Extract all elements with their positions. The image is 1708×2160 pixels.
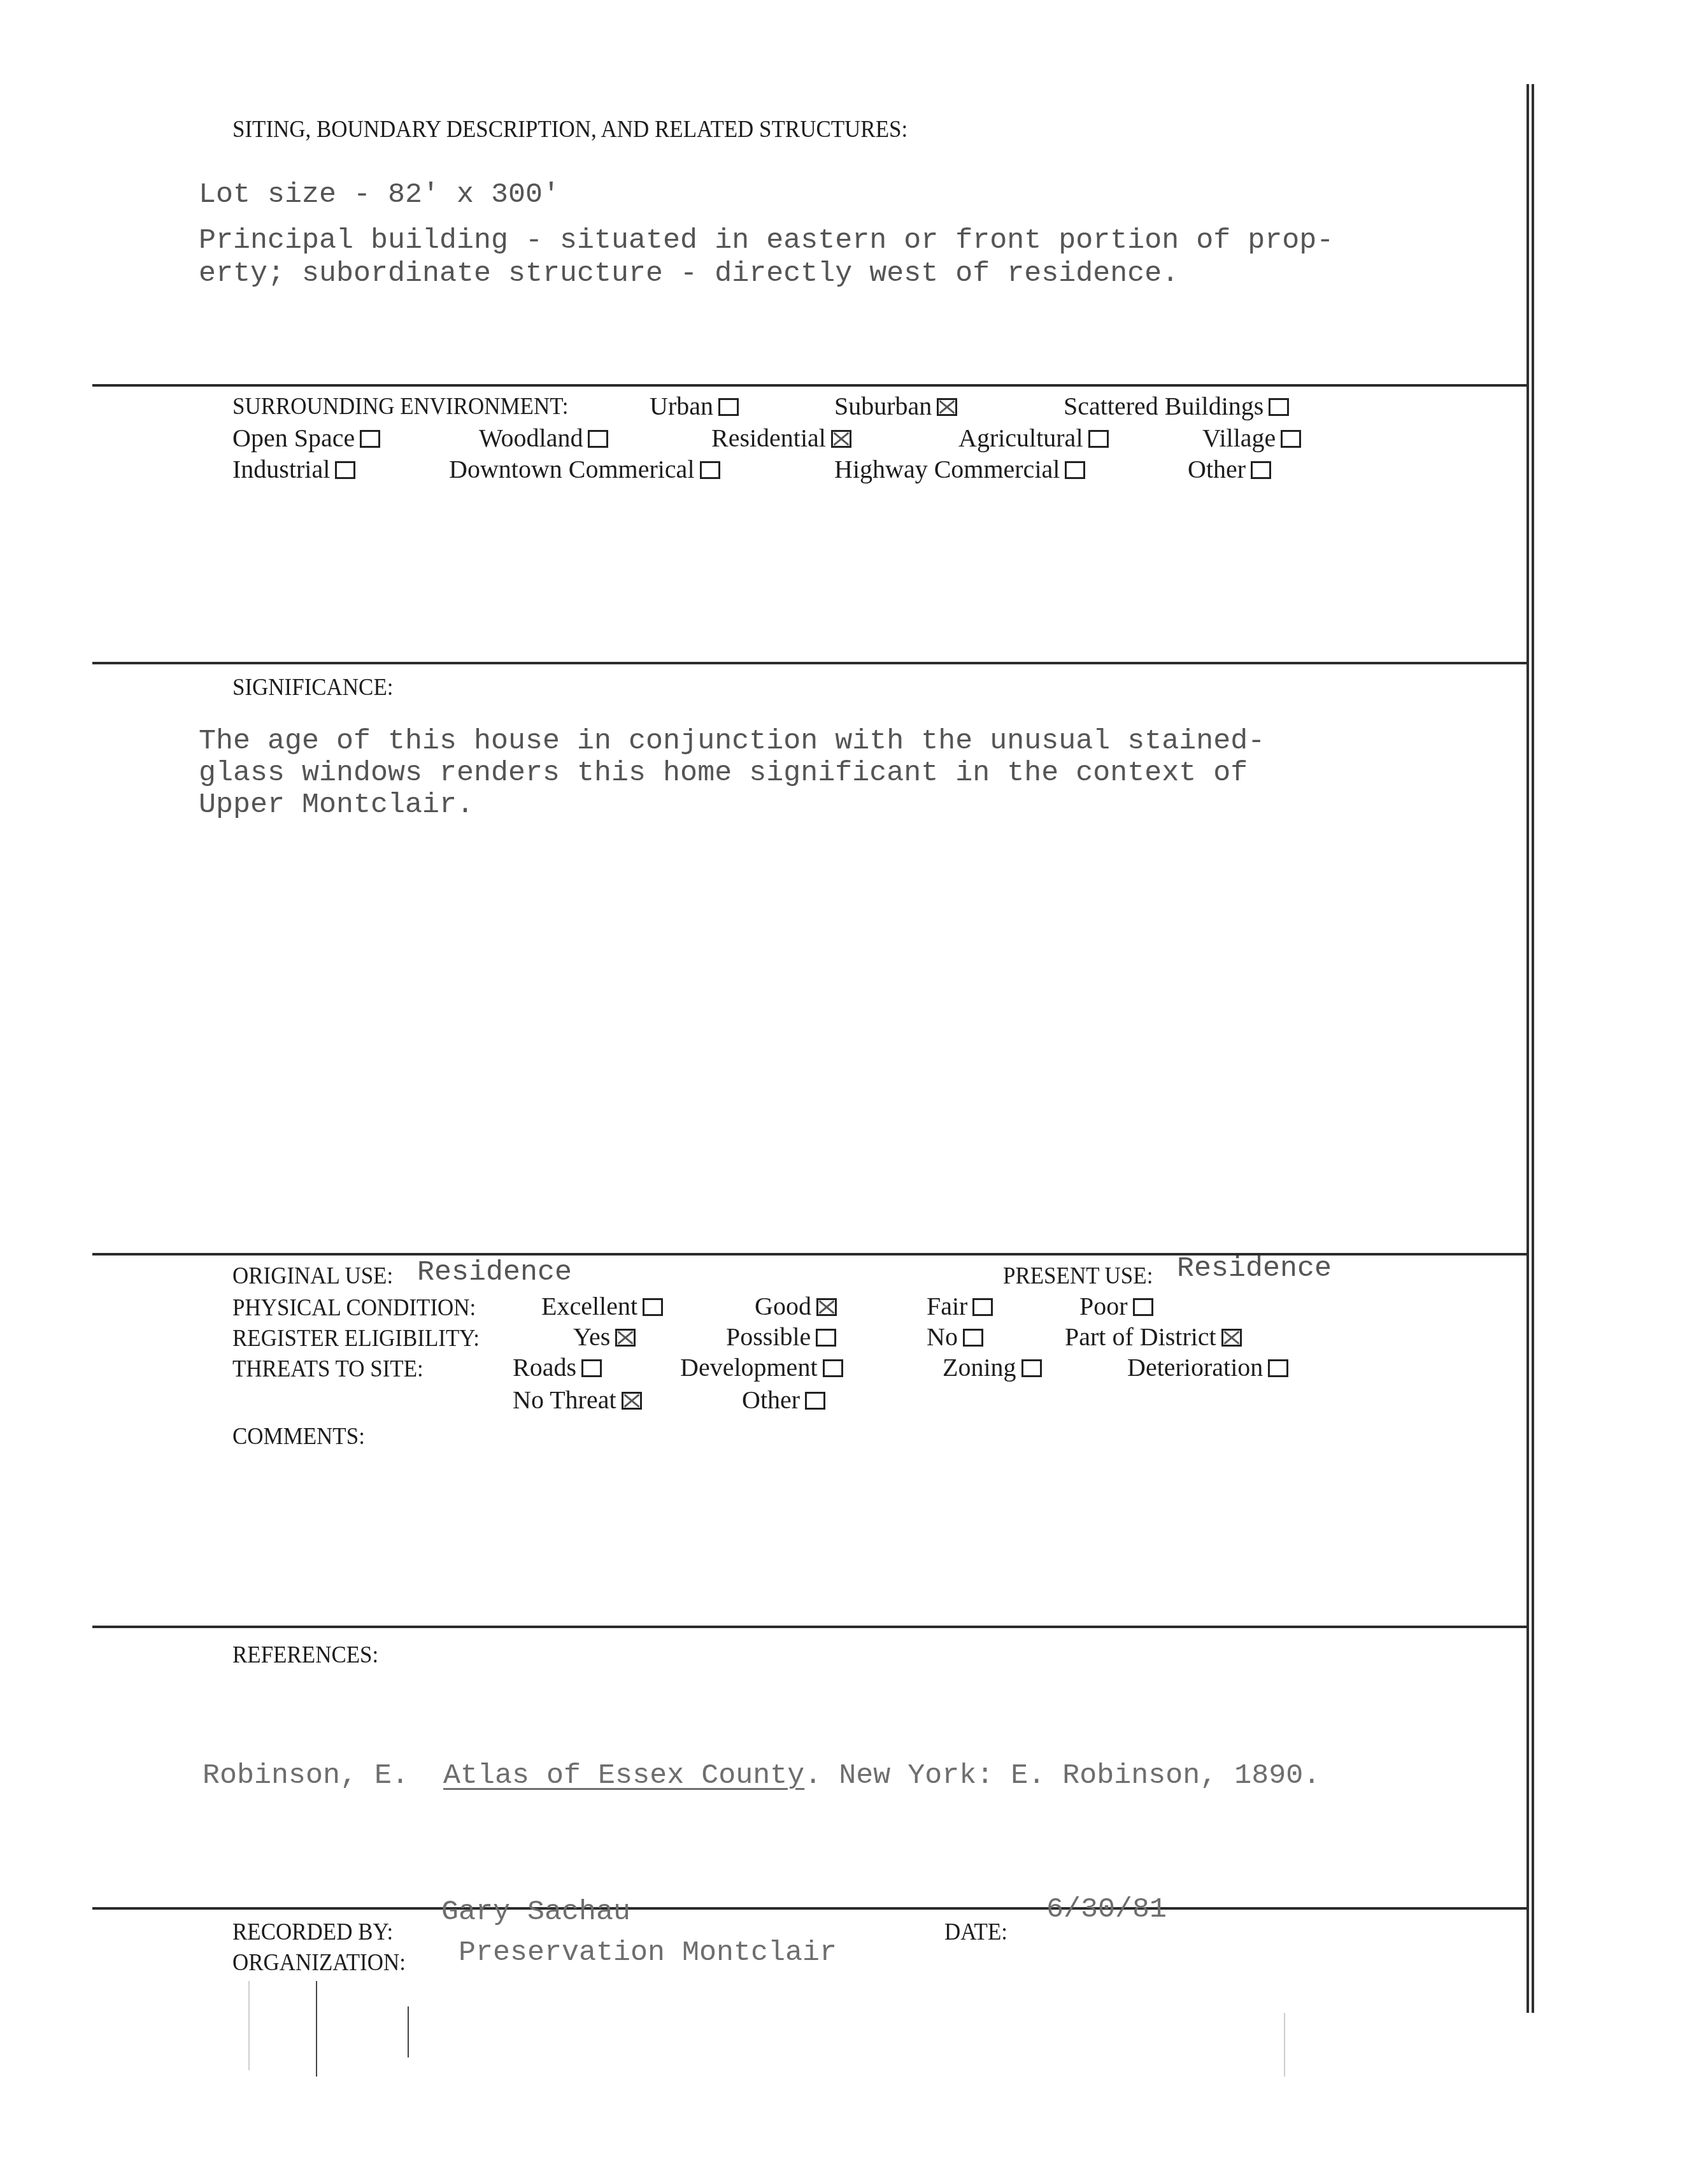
option-scattered-buildings[interactable]: Scattered Buildings [1064, 392, 1289, 421]
scan-mark [408, 2006, 409, 2057]
checkbox-no-threat-checked[interactable] [622, 1392, 642, 1410]
checkbox-urban[interactable] [718, 398, 739, 416]
date-label: DATE: [944, 1917, 1007, 1947]
option-industrial[interactable]: Industrial [232, 455, 355, 484]
checkbox-possible[interactable] [816, 1329, 836, 1347]
checkbox-scattered-buildings[interactable] [1269, 398, 1289, 416]
option-good[interactable]: Good [755, 1292, 837, 1321]
option-suburban[interactable]: Suburban [834, 392, 957, 421]
significance-line-3: Upper Montclair. [199, 789, 474, 822]
checkbox-other-environment[interactable] [1251, 461, 1271, 479]
checkbox-industrial[interactable] [335, 461, 355, 479]
option-urban[interactable]: Urban [650, 392, 739, 421]
checkbox-highway-commercial[interactable] [1065, 461, 1085, 479]
citation-publisher: . New York: E. Robinson, 1890. [804, 1759, 1320, 1792]
option-fair[interactable]: Fair [927, 1292, 993, 1321]
divider-significance [92, 662, 1528, 664]
right-border-line-inner [1532, 84, 1534, 2013]
checkbox-agricultural[interactable] [1088, 430, 1109, 448]
lot-size-text: Lot size - 82' x 300' [199, 178, 560, 211]
checkbox-good-checked[interactable] [816, 1298, 837, 1316]
option-deterioration[interactable]: Deterioration [1127, 1353, 1288, 1382]
siting-heading: SITING, BOUNDARY DESCRIPTION, AND RELATE… [232, 115, 907, 144]
option-zoning[interactable]: Zoning [943, 1353, 1042, 1382]
checkbox-village[interactable] [1281, 430, 1301, 448]
original-use-label: ORIGINAL USE: [232, 1261, 393, 1291]
scan-mark [316, 1981, 317, 2077]
present-use-label: PRESENT USE: [1003, 1261, 1153, 1291]
option-downtown-commercial[interactable]: Downtown Commerical [449, 455, 720, 484]
checkbox-downtown-commercial[interactable] [700, 461, 720, 479]
date-value: 6/30/81 [1046, 1893, 1167, 1926]
physical-condition-label: PHYSICAL CONDITION: [232, 1293, 476, 1322]
significance-line-2: glass windows renders this home signific… [199, 757, 1248, 790]
option-residential[interactable]: Residential [711, 424, 851, 453]
citation-title: Atlas of Essex County [443, 1759, 804, 1792]
scan-mark [248, 1981, 250, 2070]
comments-label: COMMENTS: [232, 1422, 365, 1451]
recorded-by-label: RECORDED BY: [232, 1917, 393, 1947]
organization-label: ORGANIZATION: [232, 1948, 406, 1977]
option-highway-commercial[interactable]: Highway Commercial [834, 455, 1085, 484]
scan-mark [1284, 2013, 1285, 2077]
checkbox-part-of-district-checked[interactable] [1221, 1329, 1242, 1347]
option-roads[interactable]: Roads [513, 1353, 602, 1382]
option-possible[interactable]: Possible [726, 1322, 836, 1352]
option-poor[interactable]: Poor [1079, 1292, 1153, 1321]
checkbox-suburban-checked[interactable] [937, 398, 957, 416]
option-yes[interactable]: Yes [573, 1322, 636, 1352]
option-development[interactable]: Development [680, 1353, 843, 1382]
surrounding-heading: SURROUNDING ENVIRONMENT: [232, 392, 569, 421]
register-eligibility-label: REGISTER ELIGIBILITY: [232, 1324, 480, 1353]
checkbox-yes-checked[interactable] [615, 1329, 636, 1347]
siting-line-2: erty; subordinate structure - directly w… [199, 257, 1179, 290]
checkbox-other-threat[interactable] [805, 1392, 825, 1410]
significance-heading: SIGNIFICANCE: [232, 673, 394, 702]
option-excellent[interactable]: Excellent [541, 1292, 663, 1321]
checkbox-fair[interactable] [972, 1298, 993, 1316]
checkbox-zoning[interactable] [1021, 1359, 1042, 1377]
checkbox-residential-checked[interactable] [831, 430, 851, 448]
significance-line-1: The age of this house in conjunction wit… [199, 725, 1265, 758]
citation-author: Robinson, E. [203, 1759, 409, 1792]
siting-line-1: Principal building - situated in eastern… [199, 224, 1334, 257]
checkbox-excellent[interactable] [643, 1298, 663, 1316]
checkbox-roads[interactable] [581, 1359, 602, 1377]
original-use-value: Residence [417, 1256, 572, 1289]
option-part-of-district[interactable]: Part of District [1065, 1322, 1242, 1352]
checkbox-poor[interactable] [1133, 1298, 1153, 1316]
present-use-value: Residence [1177, 1252, 1332, 1285]
checkbox-development[interactable] [823, 1359, 843, 1377]
organization-value: Preservation Montclair [459, 1936, 837, 1970]
recorded-by-value: Gary Sachau [441, 1896, 630, 1929]
checkbox-open-space[interactable] [360, 430, 380, 448]
option-no[interactable]: No [927, 1322, 983, 1352]
option-village[interactable]: Village [1202, 424, 1301, 453]
option-other-threat[interactable]: Other [742, 1385, 825, 1415]
references-heading: REFERENCES: [232, 1640, 378, 1670]
divider-recorded [92, 1907, 1528, 1910]
survey-form-page: SITING, BOUNDARY DESCRIPTION, AND RELATE… [0, 0, 1708, 2160]
threats-label: THREATS TO SITE: [232, 1354, 423, 1384]
option-other-environment[interactable]: Other [1188, 455, 1271, 484]
option-open-space[interactable]: Open Space [232, 424, 380, 453]
divider-surrounding [92, 384, 1528, 387]
reference-citation: Robinson, E. Atlas of Essex County. New … [203, 1759, 1320, 1792]
right-border-line-outer [1527, 84, 1529, 2013]
option-no-threat[interactable]: No Threat [513, 1385, 642, 1415]
checkbox-deterioration[interactable] [1268, 1359, 1288, 1377]
divider-references [92, 1626, 1528, 1628]
checkbox-woodland[interactable] [588, 430, 608, 448]
checkbox-no[interactable] [963, 1329, 983, 1347]
option-woodland[interactable]: Woodland [479, 424, 608, 453]
option-agricultural[interactable]: Agricultural [958, 424, 1109, 453]
